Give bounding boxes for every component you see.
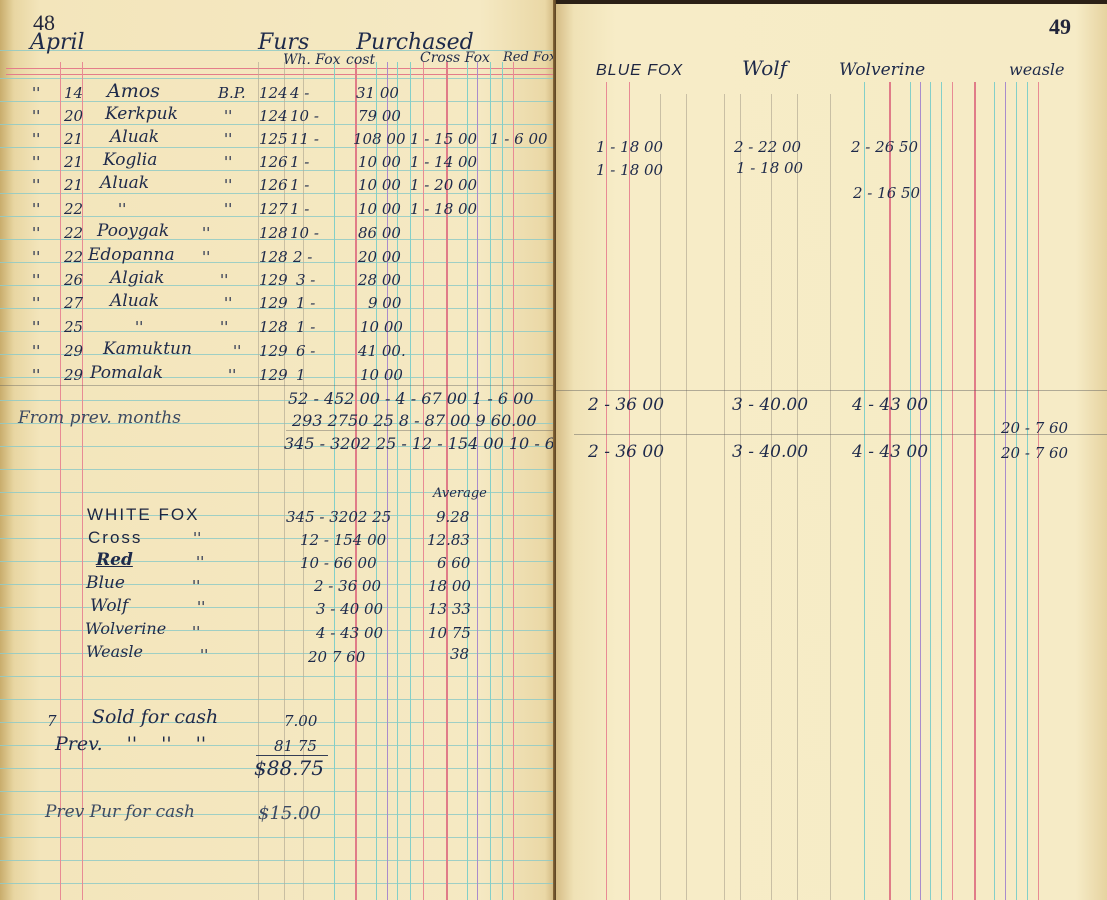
entry-page: 124	[259, 84, 288, 102]
month-label: April	[30, 30, 85, 55]
entry-wh-fox: 1 -	[296, 294, 315, 312]
col-header-wh-fox: Wh. Fox	[283, 52, 341, 68]
summary-average: 12.83	[427, 531, 470, 549]
entry-day: 21	[64, 153, 83, 171]
entry-blue-fox: 1 - 18 00	[596, 161, 663, 179]
entry-ref: ''	[224, 294, 232, 312]
summary-qty-value: 10 - 66 00	[300, 554, 377, 572]
summary-qty-value: 20 7 60	[308, 648, 365, 666]
summary-label: Weasle	[86, 642, 143, 661]
entry-day: 22	[64, 248, 83, 266]
from-prev-weasle: 20 - 7 60	[1001, 419, 1068, 437]
entry-name: Amos	[107, 80, 160, 102]
entry-red-fox: 1 - 6 00	[490, 130, 548, 148]
entry-name: Kerkpuk	[105, 104, 178, 124]
entry-wolf: 1 - 18 00	[736, 159, 803, 177]
summary-ditto: ''	[192, 577, 200, 595]
month-total-wolf: 3 - 40.00	[732, 395, 808, 415]
ditto-mark: ''	[32, 342, 40, 360]
entry-wh-fox: 10 -	[290, 107, 319, 125]
summary-label: Wolf	[90, 596, 128, 616]
entry-cost: 79 00	[358, 107, 401, 125]
entry-page: 129	[259, 366, 288, 384]
entry-day: 22	[64, 224, 83, 242]
summary-average: 38	[450, 645, 469, 663]
grand-total-weasle: 20 - 7 60	[1001, 444, 1068, 462]
summary-qty-value: 345 - 3202 25	[286, 508, 391, 526]
entry-blue-fox: 1 - 18 00	[596, 138, 663, 156]
ditto-mark: ''	[32, 318, 40, 336]
entry-page: 129	[259, 342, 288, 360]
entry-day: 21	[64, 176, 83, 194]
entry-name: Pomalak	[90, 363, 163, 383]
entry-cost: 10 00	[358, 176, 401, 194]
entry-wh-fox: 1 -	[290, 200, 309, 218]
summary-label: Wolverine	[85, 619, 166, 638]
col-header-weasle: weasle	[1009, 60, 1065, 79]
summary-ditto: ''	[196, 553, 204, 571]
entry-page: 129	[259, 294, 288, 312]
entry-name: Edopanna	[88, 245, 175, 265]
entry-name: ''	[135, 318, 143, 336]
entry-name: ''	[118, 200, 126, 218]
entry-day: 27	[64, 294, 83, 312]
entry-ref: ''	[220, 318, 228, 336]
summary-ditto: ''	[200, 646, 208, 664]
entry-page: 127	[259, 200, 288, 218]
entry-wolf: 2 - 22 00	[734, 138, 801, 156]
entry-name: Aluak	[100, 173, 149, 193]
entry-page: 128	[259, 248, 288, 266]
prev-pur-cash-label: Prev Pur for cash	[45, 802, 195, 822]
ditto-mark: ''	[32, 130, 40, 148]
entry-cost: 10 00	[358, 153, 401, 171]
entry-cost: 20 00	[358, 248, 401, 266]
summary-qty-value: 3 - 40 00	[316, 600, 383, 618]
entry-day: 20	[64, 107, 83, 125]
entry-ref: ''	[202, 248, 210, 266]
month-total: 52 - 452 00 - 4 - 67 00 1 - 6 00	[288, 389, 534, 408]
entry-ref: B.P.	[218, 84, 246, 102]
entry-wh-fox: 1	[296, 366, 306, 384]
entry-cost: 10 00	[360, 366, 403, 384]
left-page: 48 April Furs Purchased Wh. Fox cost Cro…	[0, 0, 556, 900]
entry-name: Algiak	[110, 268, 164, 288]
col-header-cross-fox: Cross Fox	[420, 50, 490, 66]
entry-page: 125	[259, 130, 288, 148]
ditto-mark: ''	[32, 84, 40, 102]
prev-cash-label: Prev. '' '' ''	[55, 733, 206, 755]
ditto-mark: ''	[32, 271, 40, 289]
entry-ref: ''	[224, 130, 232, 148]
entry-cross-fox: 1 - 15 00	[410, 130, 477, 148]
summary-qty-value: 12 - 154 00	[300, 531, 386, 549]
entry-cost: 10 00	[360, 318, 403, 336]
entry-ref: ''	[224, 107, 232, 125]
from-prev-label: From prev. months	[18, 408, 181, 428]
entry-wh-fox: 11 -	[290, 130, 319, 148]
entry-wh-fox: 1 -	[296, 318, 315, 336]
entry-name: Aluak	[110, 127, 159, 147]
sold-for-cash-label: Sold for cash	[92, 706, 218, 728]
summary-label: Cross	[88, 528, 142, 548]
average-header: Average	[433, 486, 487, 501]
ditto-mark: ''	[32, 200, 40, 218]
ditto-mark: ''	[32, 366, 40, 384]
entry-cost: 10 00	[358, 200, 401, 218]
col-header-blue-fox: BLUE FOX	[596, 62, 683, 80]
month-total-wolverine: 4 - 43 00	[852, 395, 928, 415]
grand-total-wolf: 3 - 40.00	[732, 442, 808, 462]
entry-ref: ''	[228, 366, 236, 384]
entry-ref: ''	[224, 153, 232, 171]
cash-mark: 7	[47, 712, 57, 730]
entry-cost: 28 00	[358, 271, 401, 289]
entry-name: Koglia	[103, 150, 157, 170]
entry-cross-fox: 1 - 18 00	[410, 200, 477, 218]
summary-ditto: ''	[197, 598, 205, 616]
month-total-blue-fox: 2 - 36 00	[588, 395, 664, 415]
entry-page: 128	[259, 318, 288, 336]
grand-total: 345 - 3202 25 - 12 - 154 00 10 - 66 00	[284, 434, 556, 453]
entry-ref: ''	[220, 271, 228, 289]
entry-day: 21	[64, 130, 83, 148]
summary-qty-value: 2 - 36 00	[314, 577, 381, 595]
entry-cost: 41 00.	[358, 342, 406, 360]
entry-day: 26	[64, 271, 83, 289]
grand-total-wolverine: 4 - 43 00	[852, 442, 928, 462]
entry-day: 22	[64, 200, 83, 218]
entry-name: Kamuktun	[103, 339, 192, 359]
page-number: 49	[1049, 14, 1071, 40]
ditto-mark: ''	[32, 294, 40, 312]
entry-ref: ''	[224, 200, 232, 218]
summary-average: 6 60	[437, 554, 470, 572]
entry-cross-fox: 1 - 20 00	[410, 176, 477, 194]
entry-cost: 31 00	[356, 84, 399, 102]
entry-wh-fox: 4 -	[290, 84, 309, 102]
entry-cost: 108 00	[353, 130, 406, 148]
entry-day: 29	[64, 342, 83, 360]
ditto-mark: ''	[32, 107, 40, 125]
entry-name: Pooygak	[97, 221, 169, 241]
entry-name: Aluak	[110, 291, 159, 311]
entry-page: 128	[259, 224, 288, 242]
entry-wh-fox: 1 -	[290, 176, 309, 194]
right-page: 49 BLUE FOX Wolf Wolverine weasle 1 - 18…	[556, 0, 1107, 900]
summary-ditto: ''	[192, 623, 200, 641]
entry-page: 126	[259, 176, 288, 194]
entry-wh-fox: 3 -	[296, 271, 315, 289]
entry-ref: ''	[224, 176, 232, 194]
ledger-spread: 48 April Furs Purchased Wh. Fox cost Cro…	[0, 0, 1107, 900]
summary-label: Blue	[86, 573, 125, 593]
entry-cost: 86 00	[358, 224, 401, 242]
entry-page: 129	[259, 271, 288, 289]
summary-average: 10 75	[428, 624, 471, 642]
entry-ref: ''	[233, 342, 241, 360]
grand-total-blue-fox: 2 - 36 00	[588, 442, 664, 462]
entry-page: 124	[259, 107, 288, 125]
from-prev-total: 293 2750 25 8 - 87 00 9 60.00	[292, 411, 537, 430]
entry-day: 29	[64, 366, 83, 384]
summary-label: WHITE FOX	[87, 505, 199, 525]
entry-day: 25	[64, 318, 83, 336]
summary-ditto: ''	[193, 529, 201, 547]
ditto-mark: ''	[32, 248, 40, 266]
entry-wh-fox: 6 -	[296, 342, 315, 360]
ditto-mark: ''	[32, 176, 40, 194]
summary-average: 9.28	[436, 508, 469, 526]
entry-wolverine: 2 - 16 50	[853, 184, 920, 202]
entry-wh-fox: 1 -	[290, 153, 309, 171]
cash-total: $88.75	[254, 756, 324, 780]
entry-day: 14	[64, 84, 83, 102]
entry-page: 126	[259, 153, 288, 171]
ditto-mark: ''	[32, 224, 40, 242]
sold-for-cash-value: 7.00	[284, 712, 317, 730]
col-header-wolverine: Wolverine	[839, 60, 925, 80]
entry-wh-fox: 2 -	[293, 248, 312, 266]
summary-label: Red	[96, 550, 133, 570]
col-header-wolf: Wolf	[742, 56, 787, 80]
entry-cross-fox: 1 - 14 00	[410, 153, 477, 171]
summary-average: 13 33	[428, 600, 471, 618]
entry-ref: ''	[202, 224, 210, 242]
entry-wh-fox: 10 -	[290, 224, 319, 242]
entry-wolverine: 2 - 26 50	[851, 138, 918, 156]
summary-qty-value: 4 - 43 00	[316, 624, 383, 642]
prev-cash-value: 81 75	[274, 737, 317, 755]
entry-cost: 9 00	[368, 294, 401, 312]
ditto-mark: ''	[32, 153, 40, 171]
col-header-cost: cost	[346, 52, 375, 68]
col-header-red-fox: Red Fox	[503, 50, 556, 65]
prev-pur-cash-value: $15.00	[258, 803, 321, 824]
summary-average: 18 00	[428, 577, 471, 595]
